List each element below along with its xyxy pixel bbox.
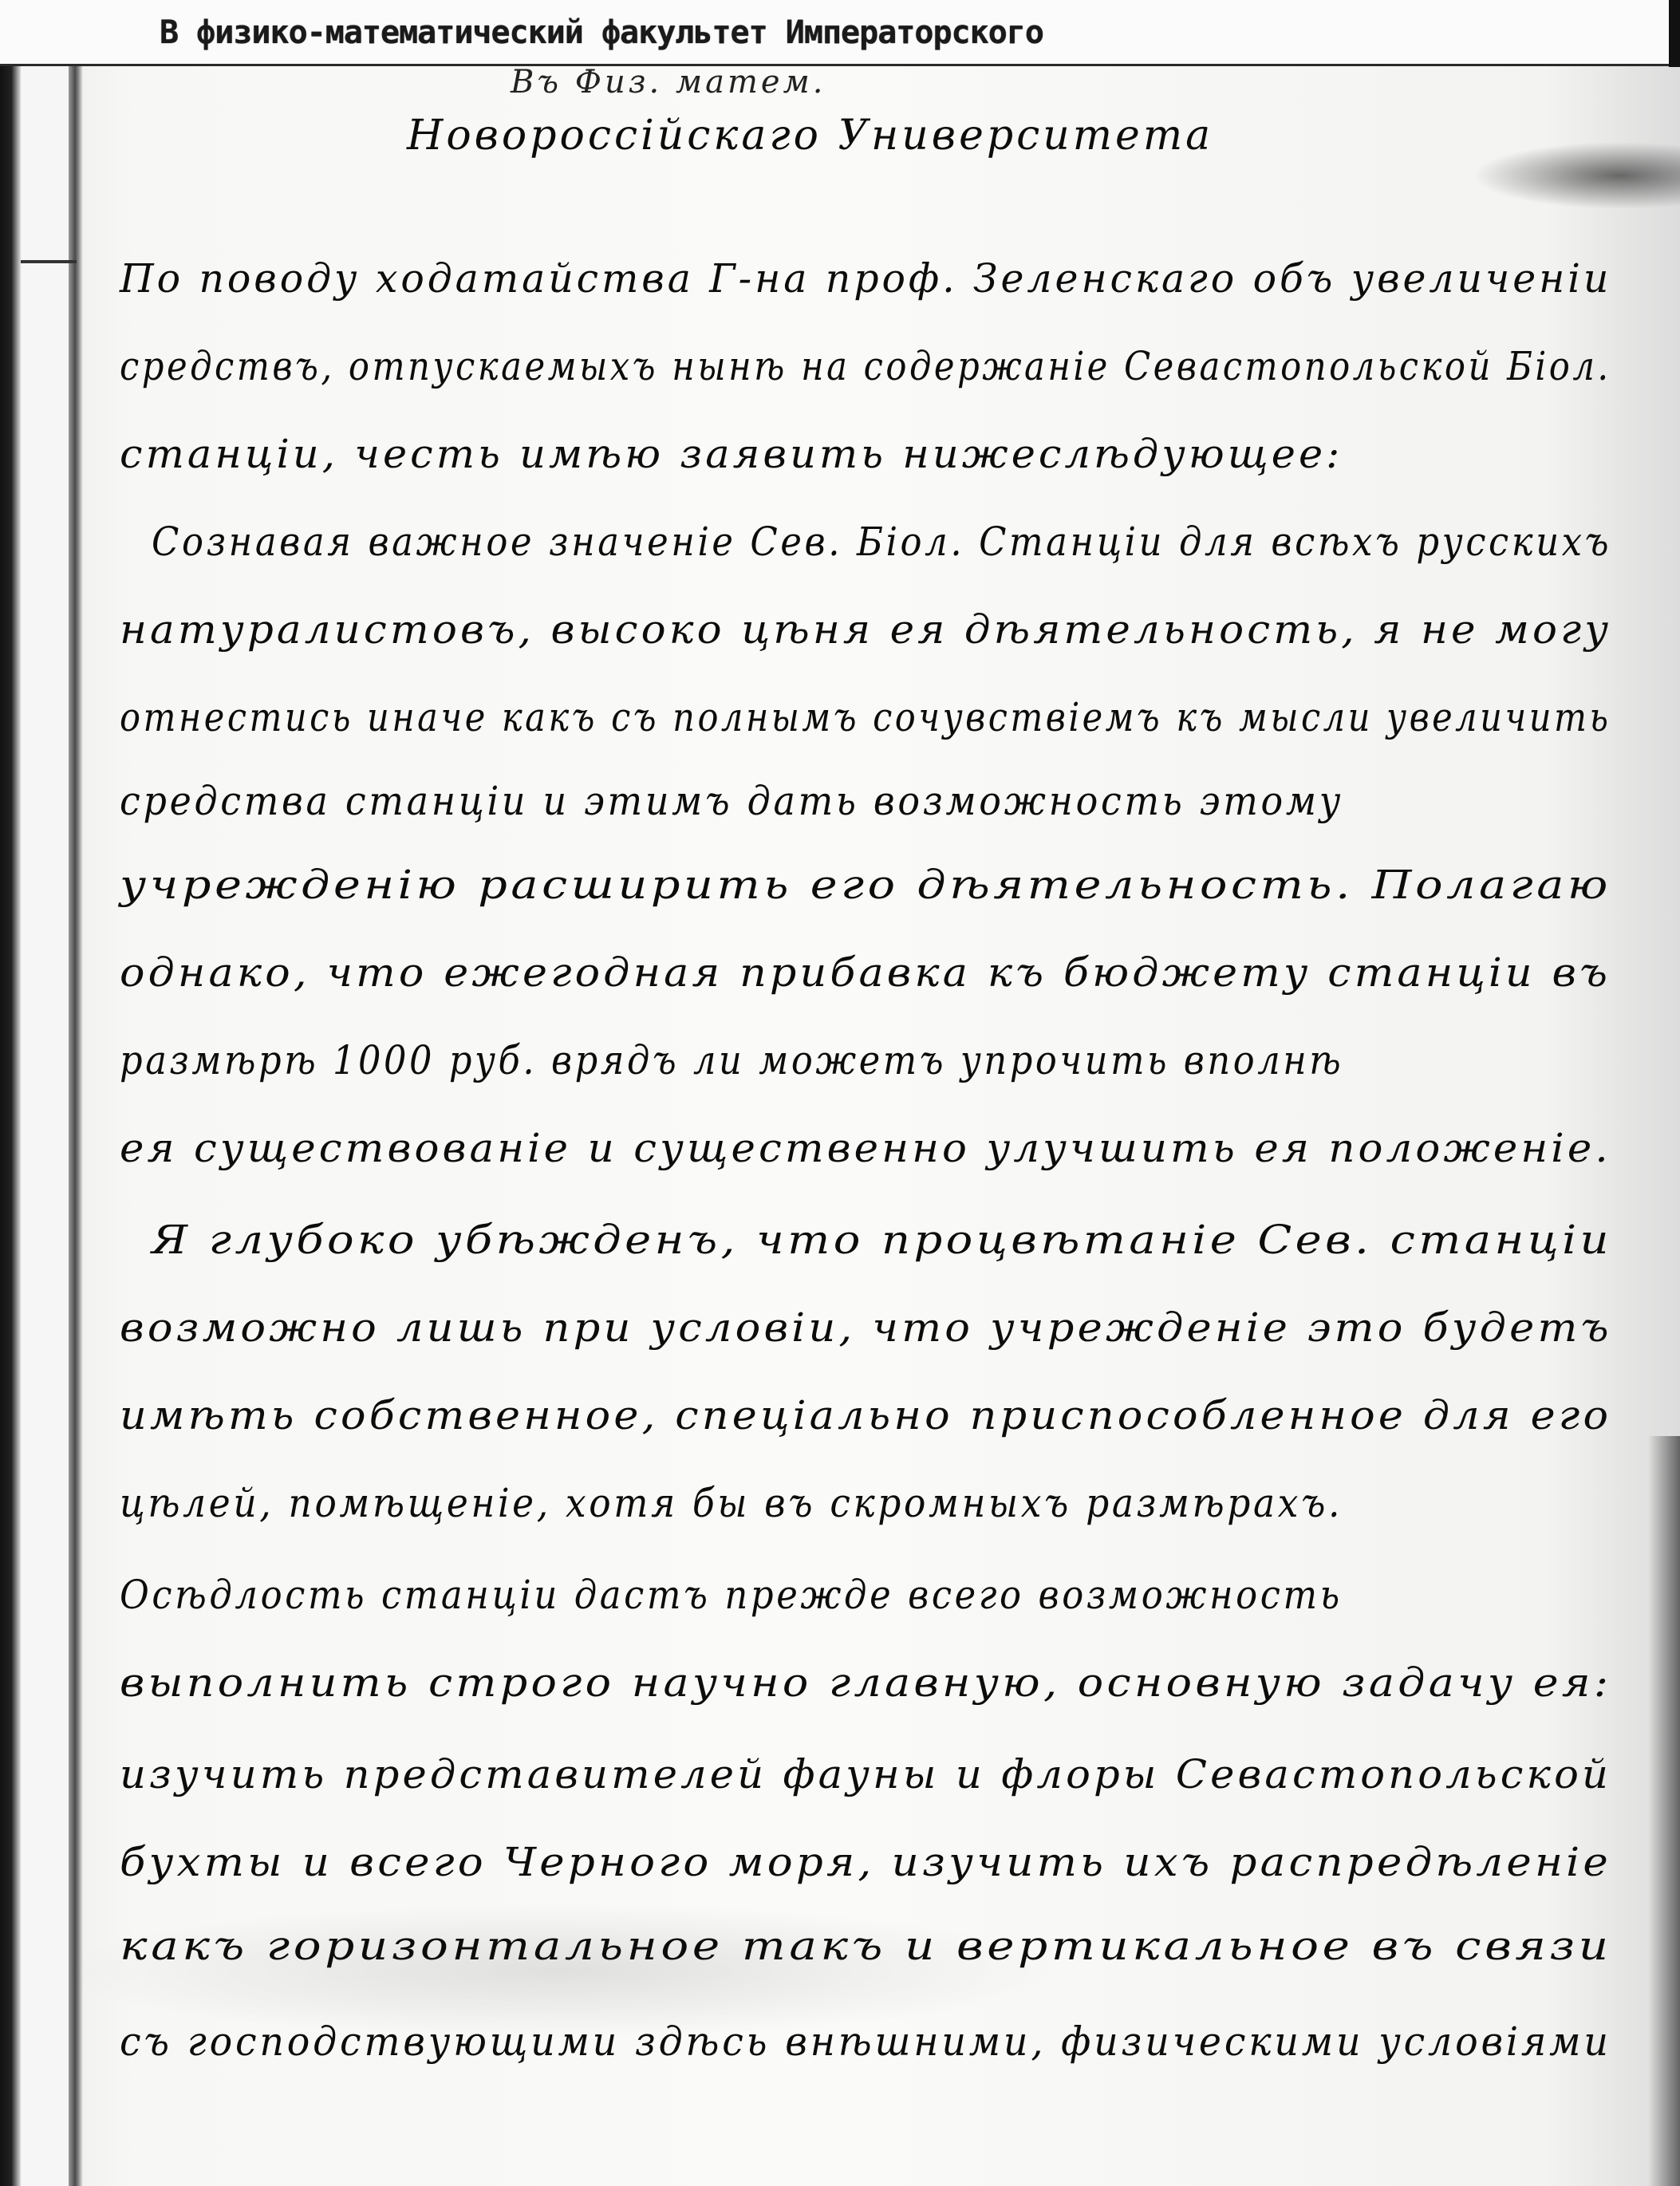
- typed-header-text: В физико-математический факультет Импера…: [160, 14, 1043, 51]
- handwritten-line: выполнить строго научно главную, основну…: [120, 1659, 1611, 1706]
- handwritten-line: Сознавая важное значеніе Сев. Біол. Стан…: [152, 519, 1611, 565]
- handwritten-line: съ господствующими здѣсь внѣшними, физич…: [120, 2018, 1611, 2065]
- handwritten-line: станціи, честь имѣю заявить нижеслѣдующе…: [120, 431, 1343, 477]
- handwritten-line: бухты и всего Черного моря, изучить ихъ …: [120, 1839, 1611, 1885]
- page-margin: [21, 65, 69, 2186]
- handwritten-line: средствъ, отпускаемыхъ нынѣ на содержані…: [120, 343, 1611, 389]
- handwritten-line: какъ горизонтальное такъ и вертикальное …: [120, 1923, 1612, 1969]
- handwritten-header-partial: Въ Физ. матем.: [511, 64, 826, 101]
- addressee-line: Новороссійскаго Университета: [407, 112, 1213, 160]
- handwritten-line: размѣрѣ 1000 руб. врядъ ли можетъ упрочи…: [120, 1037, 1343, 1083]
- handwritten-line: средства станціи и этимъ дать возможност…: [120, 778, 1343, 824]
- fold-mark: [21, 260, 77, 263]
- handwritten-line: учрежденію расширить его дѣятельность. П…: [120, 862, 1611, 908]
- handwritten-line: Я глубоко убѣжденъ, что процвѣтаніе Сев.…: [152, 1217, 1612, 1263]
- handwritten-line: ея существованіе и существенно улучшить …: [120, 1125, 1611, 1171]
- handwritten-line: По поводу ходатайства Г-на проф. Зеленск…: [120, 255, 1611, 302]
- handwritten-line: натуралистовъ, высоко цѣня ея дѣятельнос…: [120, 606, 1611, 653]
- handwritten-line: отнестись иначе какъ съ полнымъ сочувств…: [120, 694, 1611, 740]
- handwritten-line: изучить представителей фауны и флоры Сев…: [120, 1751, 1611, 1797]
- handwritten-line: Осѣдлость станціи дастъ прежде всего воз…: [120, 1572, 1343, 1618]
- strip-edge-bar: [1669, 0, 1680, 67]
- page-left-edge-shadow: [0, 65, 21, 2186]
- handwritten-line: возможно лишь при условіи, что учреждені…: [120, 1304, 1612, 1351]
- typed-header-strip: В физико-математический факультет Импера…: [0, 0, 1669, 66]
- handwritten-line: однако, что ежегодная прибавка къ бюджет…: [120, 949, 1611, 996]
- handwritten-line: цѣлей, помѣщеніе, хотя бы въ скромныхъ р…: [120, 1480, 1343, 1526]
- scanned-page: В физико-математический факультет Импера…: [0, 0, 1680, 2186]
- page-right-edge-shadow: [1648, 1436, 1680, 2186]
- handwritten-line: имѣть собственное, спеціально приспособл…: [120, 1392, 1611, 1438]
- page-fold-line: [69, 65, 83, 2186]
